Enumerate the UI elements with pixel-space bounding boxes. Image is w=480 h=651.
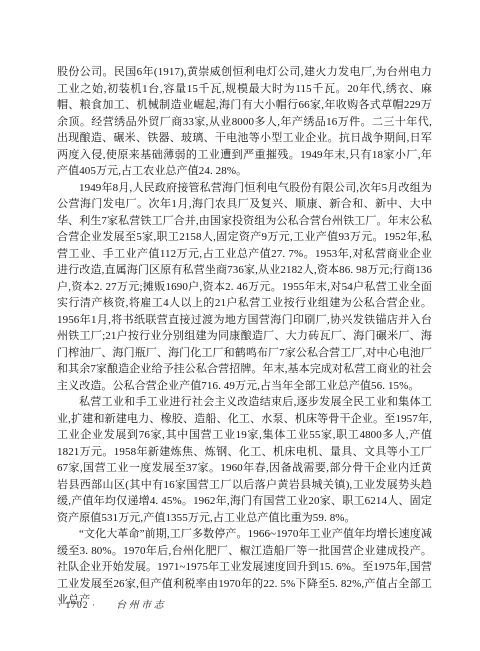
paragraph-3: 私营工业和手工业进行社会主义改造结束后,逐步发展全民工业和集体工业,扩建和新建电…: [57, 394, 432, 526]
document-page: 股份公司。民国6年(1917),黄崇威创恒利电灯公司,建火力发电厂,为台州电力工…: [0, 0, 480, 651]
page-body: 股份公司。民国6年(1917),黄崇威创恒利电灯公司,建火力发电厂,为台州电力工…: [57, 64, 432, 609]
page-number: · 1702 ·: [58, 601, 96, 611]
paragraph-2: 1949年8月,人民政府接管私营海门恒利电气股份有限公司,次年5月改组为公营海门…: [57, 180, 432, 395]
book-title: 台州市志: [116, 596, 166, 611]
page-footer: · 1702 · 台州市志: [58, 596, 433, 611]
paragraph-1: 股份公司。民国6年(1917),黄崇威创恒利电灯公司,建火力发电厂,为台州电力工…: [57, 64, 432, 180]
